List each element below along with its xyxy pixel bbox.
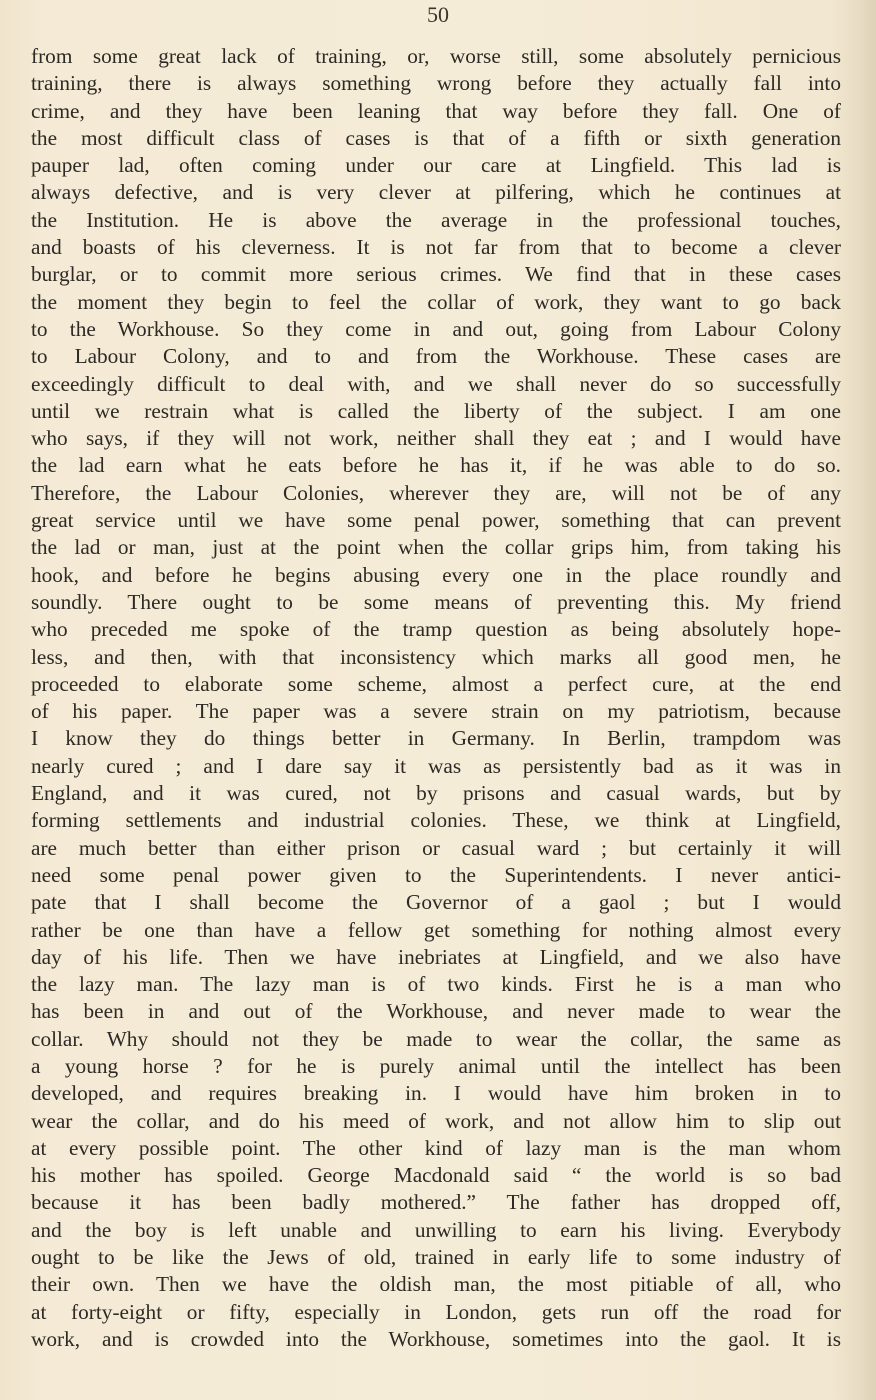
text-line: the moment they begin to feel the collar… <box>31 289 841 316</box>
text-line: developed, and requires breaking in. I w… <box>31 1080 841 1107</box>
text-line: I know they do things better in Germany.… <box>31 725 841 752</box>
text-line: less, and then, with that inconsistency … <box>31 644 841 671</box>
text-line: wear the collar, and do his meed of work… <box>31 1108 841 1135</box>
text-line: great service until we have some penal p… <box>31 507 841 534</box>
text-line: the lad or man, just at the point when t… <box>31 534 841 561</box>
text-line: forming settlements and industrial colon… <box>31 807 841 834</box>
text-line: who preceded me spoke of the tramp quest… <box>31 616 841 643</box>
text-line: at forty-eight or fifty, especially in L… <box>31 1299 841 1326</box>
text-line: hook, and before he begins abusing every… <box>31 562 841 589</box>
book-page: 50 from some great lack of training, or,… <box>0 0 876 1400</box>
text-line: collar. Why should not they be made to w… <box>31 1026 841 1053</box>
text-line: has been in and out of the Workhouse, an… <box>31 998 841 1025</box>
text-line: at every possible point. The other kind … <box>31 1135 841 1162</box>
text-line: are much better than either prison or ca… <box>31 835 841 862</box>
text-line: his mother has spoiled. George Macdonald… <box>31 1162 841 1189</box>
text-line: a young horse ? for he is purely animal … <box>31 1053 841 1080</box>
text-line: the most difficult class of cases is tha… <box>31 125 841 152</box>
text-line: nearly cured ; and I dare say it was as … <box>31 753 841 780</box>
text-line: ought to be like the Jews of old, traine… <box>31 1244 841 1271</box>
text-line: the lazy man. The lazy man is of two kin… <box>31 971 841 998</box>
text-line: training, there is always something wron… <box>31 70 841 97</box>
text-line: rather be one than have a fellow get som… <box>31 917 841 944</box>
body-text: from some great lack of training, or, wo… <box>31 43 841 1353</box>
text-line: proceeded to elaborate some scheme, almo… <box>31 671 841 698</box>
text-line: England, and it was cured, not by prison… <box>31 780 841 807</box>
text-line: of his paper. The paper was a severe str… <box>31 698 841 725</box>
text-line: to Labour Colony, and to and from the Wo… <box>31 343 841 370</box>
text-line: always defective, and is very clever at … <box>31 179 841 206</box>
text-line: and the boy is left unable and unwilling… <box>31 1217 841 1244</box>
text-line: the Institution. He is above the average… <box>31 207 841 234</box>
text-line: pauper lad, often coming under our care … <box>31 152 841 179</box>
text-line: to the Workhouse. So they come in and ou… <box>31 316 841 343</box>
text-line: from some great lack of training, or, wo… <box>31 43 841 70</box>
text-line: the lad earn what he eats before he has … <box>31 452 841 479</box>
text-line: day of his life. Then we have inebriates… <box>31 944 841 971</box>
text-line: work, and is crowded into the Workhouse,… <box>31 1326 841 1353</box>
text-line: need some penal power given to the Super… <box>31 862 841 889</box>
text-line: and boasts of his cleverness. It is not … <box>31 234 841 261</box>
page-number: 50 <box>0 2 876 28</box>
text-line: because it has been badly mothered.” The… <box>31 1189 841 1216</box>
text-line: who says, if they will not work, neither… <box>31 425 841 452</box>
text-line: crime, and they have been leaning that w… <box>31 98 841 125</box>
text-line: pate that I shall become the Governor of… <box>31 889 841 916</box>
text-line: until we restrain what is called the lib… <box>31 398 841 425</box>
text-line: burglar, or to commit more serious crime… <box>31 261 841 288</box>
text-line: their own. Then we have the oldish man, … <box>31 1271 841 1298</box>
text-line: exceedingly difficult to deal with, and … <box>31 371 841 398</box>
text-line: Therefore, the Labour Colonies, wherever… <box>31 480 841 507</box>
text-line: soundly. There ought to be some means of… <box>31 589 841 616</box>
